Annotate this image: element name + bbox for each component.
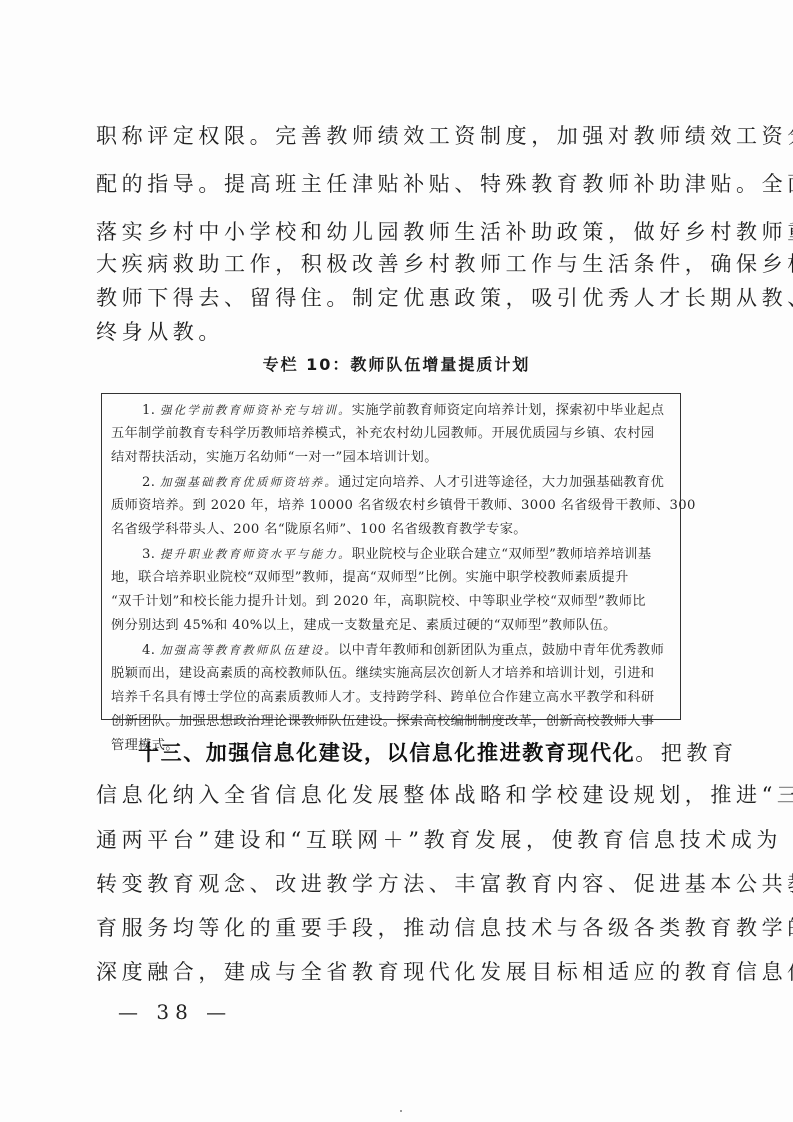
scan-speck xyxy=(400,1110,402,1112)
column-title: 专栏 10：教师队伍增量提质计划 xyxy=(0,352,793,375)
page-number: — 38 — xyxy=(118,1000,232,1024)
item-number: 4. xyxy=(142,643,155,658)
column-box: 1. 强化学前教育师资补充与培训。实施学前教育师资定向培养计划，探索初中毕业起点… xyxy=(101,393,681,720)
column-item-line: 五年制学前教育专科学历教师培养模式，补充农村幼儿园教师。开展优质园与乡镇、农村园 xyxy=(111,425,655,443)
item-number: 3. xyxy=(142,547,155,562)
column-item-2-first-line: 2. 加强基础教育优质师资培养。通过定向培养、人才引进等途径，大力加强基础教育优 xyxy=(142,473,664,492)
column-item-line: “双千计划”和校长能力提升计划。到 2020 年，高职院校、中等职业学校“双师型… xyxy=(111,593,646,611)
item-lead: 加强高等教育教师队伍建设。 xyxy=(160,643,338,657)
section-13-first-line: 十三、加强信息化建设，以信息化推进教育现代化。把教育 xyxy=(138,739,708,767)
item-text: 通过定向培养、人才引进等途径，大力加强基础教育优 xyxy=(338,475,664,490)
item-lead: 提升职业教育师资水平与能力。 xyxy=(160,547,352,561)
document-page: 职称评定权限。完善教师绩效工资制度，加强对教师绩效工资分 配的指导。提高班主任津… xyxy=(0,0,793,1122)
paragraph-line: 落实乡村中小学校和幼儿园教师生活补助政策，做好乡村教师重 xyxy=(96,218,706,246)
item-lead: 强化学前教育师资补充与培训。 xyxy=(160,403,352,417)
item-text: 以中青年教师和创新团队为重点，鼓励中青年优秀教师 xyxy=(338,643,664,658)
column-item-line: 例分别达到 45%和 40%以上，建成一支数量充足、素质过硬的“双师型”教师队伍… xyxy=(111,617,617,635)
item-lead: 加强基础教育优质师资培养。 xyxy=(160,475,338,489)
paragraph-line: 配的指导。提高班主任津贴补贴、特殊教育教师补助津贴。全面 xyxy=(96,170,706,198)
paragraph-line: 转变教育观念、改进教学方法、丰富教育内容、促进基本公共教 xyxy=(96,870,706,898)
paragraph-line: 深度融合，建成与全省教育现代化发展目标相适应的教育信息化 xyxy=(96,958,706,986)
item-number: 2. xyxy=(142,475,155,490)
item-text: 实施学前教育师资定向培养计划，探索初中毕业起点 xyxy=(352,403,665,418)
paragraph-line: 信息化纳入全省信息化发展整体战略和学校建设规划，推进“三 xyxy=(96,781,706,809)
column-item-line: 培养千名具有博士学位的高素质教师人才。支持跨学科、跨单位合作建立高水平教学和科研 xyxy=(111,689,655,707)
section-heading: 十三、加强信息化建设，以信息化推进教育现代化 xyxy=(138,741,635,765)
paragraph-line: 通两平台”建设和“互联网＋”教育发展，使教育信息技术成为 xyxy=(96,826,706,854)
column-item-line: 创新团队。加强思想政治理论课教师队伍建设。探索高校编制制度改革，创新高校教师人事 xyxy=(111,713,655,731)
section-heading-tail: 。把教育 xyxy=(635,741,737,765)
paragraph-line: 育服务均等化的重要手段，推动信息技术与各级各类教育教学的 xyxy=(96,914,706,942)
column-item-4-first-line: 4. 加强高等教育教师队伍建设。以中青年教师和创新团队为重点，鼓励中青年优秀教师 xyxy=(142,641,664,660)
paragraph-line: 职称评定权限。完善教师绩效工资制度，加强对教师绩效工资分 xyxy=(96,122,706,150)
paragraph-line: 教师下得去、留得住。制定优惠政策，吸引优秀人才长期从教、 xyxy=(96,284,706,312)
column-item-line: 地，联合培养职业院校“双师型”教师，提高“双师型”比例。实施中职学校教师素质提升 xyxy=(111,569,629,587)
paragraph-line: 终身从教。 xyxy=(96,318,706,346)
column-item-line: 名省级学科带头人、200 名“陇原名师”、100 名省级教育教学专家。 xyxy=(111,521,527,539)
item-number: 1. xyxy=(142,403,155,418)
column-item-line: 脱颖而出，建设高素质的高校教师队伍。继续实施高层次创新人才培养和培训计划，引进和 xyxy=(111,665,655,683)
column-item-line: 质师资培养。到 2020 年，培养 10000 名省级农村乡镇骨干教师、3000… xyxy=(111,497,696,515)
column-item-3-first-line: 3. 提升职业教育师资水平与能力。职业院校与企业联合建立“双师型”教师培养培训基 xyxy=(142,545,651,564)
column-item-1-first-line: 1. 强化学前教育师资补充与培训。实施学前教育师资定向培养计划，探索初中毕业起点 xyxy=(142,401,664,420)
item-text: 职业院校与企业联合建立“双师型”教师培养培训基 xyxy=(352,547,652,562)
paragraph-line: 大疾病救助工作，积极改善乡村教师工作与生活条件，确保乡村 xyxy=(96,250,706,278)
column-item-line: 结对帮扶活动，实施万名幼师“一对一”园本培训计划。 xyxy=(111,449,438,467)
